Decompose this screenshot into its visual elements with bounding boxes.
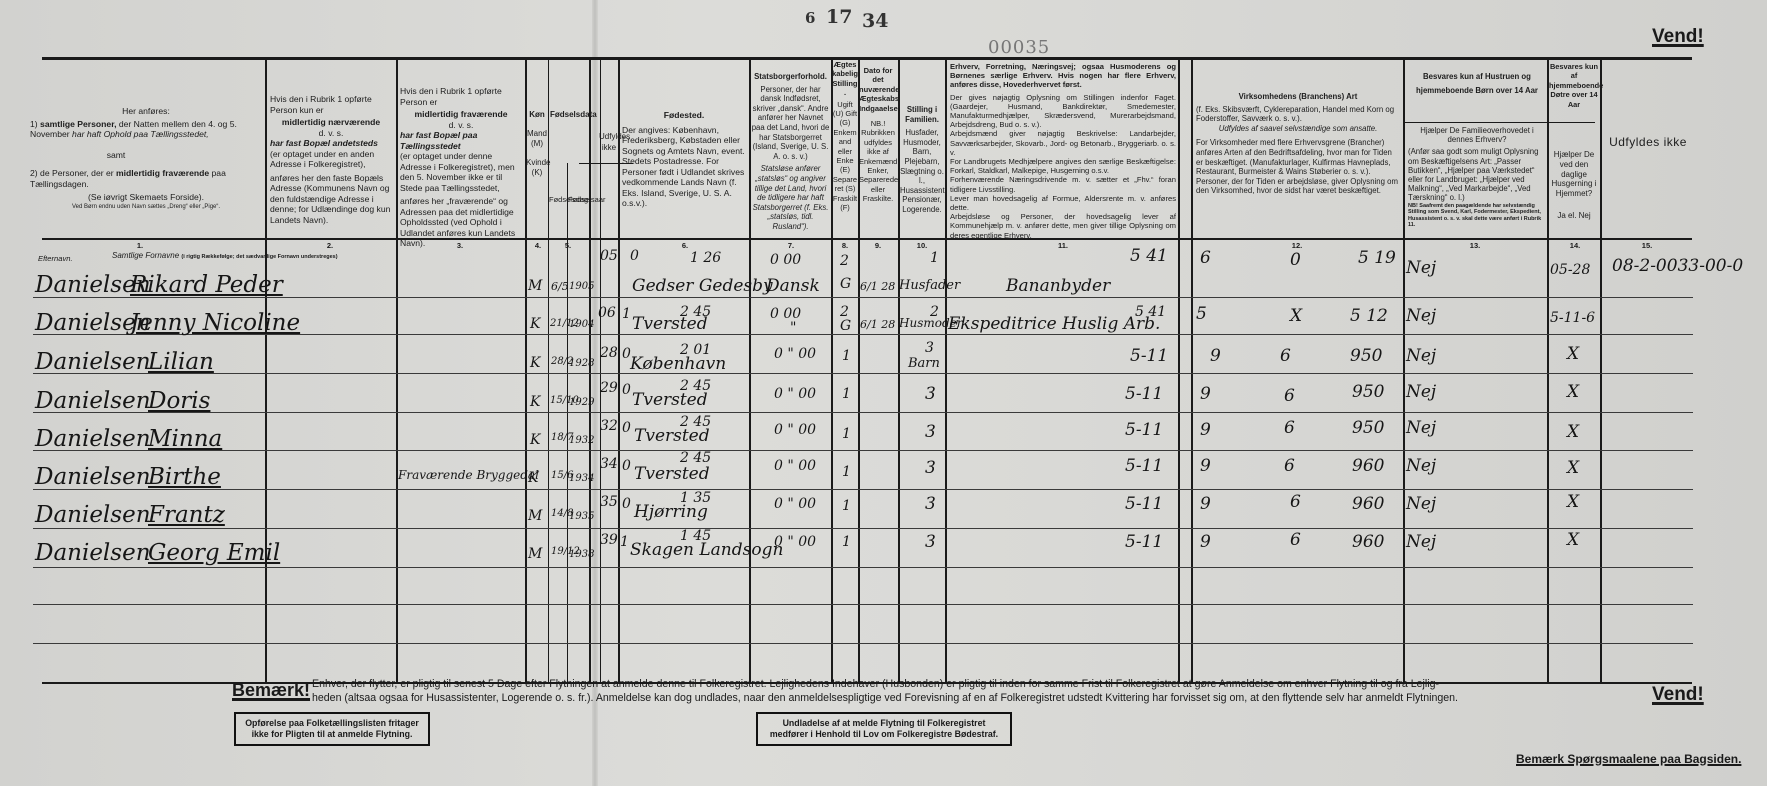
col3-bold: midlertidig fraværende [400, 109, 522, 120]
family-code: 3 [925, 532, 936, 552]
col11-p5: Forhenværende Næringsdrivende m. v. sætt… [950, 175, 1176, 193]
col1-child-note: Ved Børn endnu uden Navn sættes „Dreng“ … [30, 203, 262, 211]
col6-text: Der angives: København, Frederiksberg, K… [622, 125, 746, 209]
sex: M [528, 508, 542, 524]
col12-header: Virksomhedens (Branchens) Art (f. Eks. S… [1196, 92, 1400, 196]
occupation-code: 5-11 [1125, 532, 1163, 552]
col-rule [1403, 58, 1405, 684]
branch-code-b: X [1290, 306, 1302, 326]
vend-top: Vend! [1652, 26, 1704, 48]
col1-samt: samt [30, 150, 262, 161]
family-code: 3 [925, 384, 936, 404]
code-a: 34 [600, 456, 618, 472]
col-number-7: 7. [776, 241, 806, 250]
col1-title: Her anføres: [30, 106, 262, 117]
col11-p2: Der gives nøjagtig Oplysning om Stilling… [950, 93, 1176, 130]
citizenship-code: 0 00 [770, 252, 801, 268]
birth-year: 1934 [569, 473, 594, 484]
col-rule [396, 58, 398, 684]
col-number-14: 14. [1560, 241, 1590, 250]
col3-italic: har fast Bopæl paa Tællingsstedet [400, 130, 522, 151]
footer-note-line2: heden (altsaa ogsaa for Husassistenter, … [312, 691, 1562, 705]
citizenship: Dansk [766, 276, 820, 296]
code-a: 39 [600, 532, 618, 548]
forenames: Lilian [148, 349, 214, 375]
col14-value: X [1567, 344, 1579, 364]
col-number-10: 10. [908, 241, 936, 250]
col-number-13: 13. [1460, 241, 1490, 250]
row-line [33, 643, 1693, 644]
col14-value: 5-11-6 [1550, 310, 1595, 326]
branch-code-a: 9 [1200, 420, 1211, 440]
col2-italic: har fast Bopæl andetsteds [270, 138, 392, 149]
surname: Danielsen [35, 349, 151, 375]
bottom-notice: Bemærk Spørgsmaalene paa Bagsiden. [1516, 752, 1741, 766]
family-code: 3 [925, 340, 934, 356]
col-rule [1191, 58, 1193, 684]
col5-year: Fødselsaar [568, 195, 589, 204]
marital-code: 1 [842, 426, 851, 442]
family-position: Husfader [899, 278, 960, 293]
col9-header: Dato for det nuværende Ægteskabs Indgaae… [859, 66, 897, 204]
col2-header: Hvis den i Rubrik 1 opførte Person kun e… [270, 94, 392, 225]
branch-code-c: 5 12 [1350, 306, 1388, 326]
col-rule [945, 58, 947, 684]
surname: Danielsen [35, 502, 151, 528]
helps-head: Nej [1406, 456, 1436, 476]
branch-code-c: 5 19 [1358, 248, 1396, 268]
birth-year: 1938 [569, 549, 594, 560]
code-a: 06 [598, 305, 616, 321]
col1-item1: 1) samtlige Personer, der Natten mellem … [30, 119, 262, 140]
forenames-title: Samtlige Fornavne [112, 251, 179, 260]
col8-header: Ægteskabelig Stilling. Ugift (U) Gift (G… [832, 60, 858, 213]
col2-line3: anføres her den faste Bopæls Adresse (Ko… [270, 173, 392, 226]
branch-code-a: 9 [1200, 456, 1211, 476]
branch-code-c: 960 [1352, 532, 1384, 552]
birthplace-code: 1 35 [680, 490, 711, 506]
header-top-rule [42, 57, 1692, 60]
col9-title: Dato for det nuværende Ægteskabs Indgaae… [859, 66, 897, 113]
col14-value: X [1567, 492, 1579, 512]
col14-value: X [1567, 382, 1579, 402]
col3-line1: Hvis den i Rubrik 1 opførte Person er [400, 86, 522, 107]
col1-item1-prefix: 1) [30, 119, 38, 129]
sex: K [528, 470, 538, 486]
col11-p7: Arbejdsløse og Personer, der hovedsageli… [950, 212, 1176, 240]
col12-p3: For Virksomheder med flere Erhvervsgrene… [1196, 138, 1400, 176]
birth-year: 1928 [569, 358, 594, 369]
col4-m: Mand (M) [526, 129, 548, 150]
occupation-code: 5-11 [1125, 494, 1163, 514]
row-line [33, 489, 1693, 490]
citizenship-code: 0 " 00 [774, 386, 816, 402]
col1-item2-bold: midlertidig fraværende [116, 168, 209, 178]
col4-k: Kvinde (K) [526, 158, 548, 179]
col14-top: Besvares kun af hjemmeboende Døtre over … [1549, 62, 1599, 109]
col6-title: Fødested. [622, 110, 746, 121]
branch-code-a: 9 [1200, 494, 1211, 514]
code-a: 28 [600, 345, 618, 361]
col14-value: X [1567, 530, 1579, 550]
col4-title: Køn [526, 110, 548, 121]
citizenship-code: 0 " 00 [774, 422, 816, 438]
branch-code-c: 960 [1352, 494, 1384, 514]
col8-options: Ugift (U) Gift (G) Enkemand eller Enke (… [832, 100, 858, 213]
family-position: Barn [908, 356, 940, 371]
branch-code-b: 6 [1280, 346, 1291, 366]
birth-year: 1935 [569, 511, 594, 522]
occupation-code: 5-11 [1125, 420, 1163, 440]
col8-title: Ægteskabelig Stilling. [832, 60, 858, 98]
birth-year: 1932 [569, 435, 594, 446]
col-rule [589, 58, 591, 684]
branch-code-b: 6 [1290, 492, 1301, 512]
occupation-code: 5 41 [1130, 246, 1168, 266]
stamp-number-3: 34 [862, 10, 888, 32]
branch-code-b: 6 [1284, 418, 1295, 438]
helps-head: Nej [1406, 306, 1436, 326]
forenames-note: (i rigtig Rækkefølge; det sædvanlige For… [181, 254, 337, 260]
code-b: 1 [620, 534, 629, 550]
helps-head: Nej [1406, 532, 1436, 552]
col1-item2: 2) de Personer, der er midlertidig fravæ… [30, 168, 262, 189]
occupation-code: 5-11 [1125, 384, 1163, 404]
col14-question: Hjælper De ved den daglige Husgerning i … [1549, 150, 1599, 199]
col7-text: Personer, der har dansk Indfødsret, skri… [751, 85, 830, 162]
stamp-number-2: 17 [826, 6, 852, 28]
col2-bold: midlertidig nærværende [270, 117, 392, 128]
family-code: 3 [925, 494, 936, 514]
occupation-code: 5-11 [1125, 456, 1163, 476]
col9-note: NB.! Rubrikken udfyldes ikke af Enkemænd… [859, 119, 897, 204]
branch-code-b: 0 [1290, 250, 1301, 270]
occupation-code: 5-11 [1130, 346, 1168, 366]
col-number-4: 4. [528, 241, 548, 250]
code-a: 35 [600, 494, 618, 510]
surname: Danielsen [35, 426, 151, 452]
col2-line1: Hvis den i Rubrik 1 opførte Person kun e… [270, 94, 392, 115]
branch-code-c: 950 [1350, 346, 1382, 366]
sex: M [528, 278, 542, 294]
row-line [33, 412, 1693, 413]
census-form-sheet: 6 17 34 00035 Vend! Her anføres: 1) samt… [0, 0, 1767, 786]
birthplace: Gedser Gedesby [632, 276, 773, 296]
col7-text2: Statsløse anfører „statsløs“ og angiver … [751, 164, 830, 231]
sex: M [528, 546, 542, 562]
forenames: Minna [148, 426, 222, 452]
sex: K [530, 432, 540, 448]
col-number-3: 3. [440, 241, 480, 250]
branch-code-a: 6 [1200, 248, 1211, 268]
birth-year: 1904 [569, 319, 594, 330]
helps-head: Nej [1406, 258, 1436, 278]
marital-code: 1 [842, 534, 851, 550]
surname: Danielsen [35, 388, 151, 414]
col12-p4: Personer, der for Tiden er arbejdsløse, … [1196, 177, 1400, 196]
col1-see: (Se iøvrigt Skemaets Forside). [30, 192, 262, 203]
occupation: Ekspeditrice Huslig Arb. [948, 314, 1160, 334]
col3-line2: (er optaget under denne Adresse i Folker… [400, 151, 522, 193]
birthplace: København [630, 354, 726, 374]
header-bottom-rule [42, 238, 1692, 240]
col12-p2: Udfyldes af saavel selvstændige som ansa… [1196, 124, 1400, 134]
col13-top: Besvares kun af Hustruen og hjemmeboende… [1410, 70, 1544, 98]
forenames: Jenny Nicoline [130, 310, 300, 336]
col-rule [265, 58, 267, 684]
col-number-9: 9. [866, 241, 890, 250]
col11-p6: Lever man hovedsagelig af Formue, Alders… [950, 194, 1176, 212]
col10-text: Husfader, Husmoder, Barn, Plejebarn, Slæ… [900, 128, 944, 214]
col1-item1-bold: samtlige Personer, [40, 119, 116, 129]
col12-title: Virksomhedens (Branchens) Art [1196, 92, 1400, 102]
col3-dvs: d. v. s. [400, 120, 522, 131]
row-line [33, 567, 1693, 568]
serial-number: 00035 [988, 37, 1050, 58]
col10-title: Stilling i Familien. [900, 105, 944, 124]
code-b: 1 [622, 306, 631, 322]
helps-head: Nej [1406, 346, 1436, 366]
footer-note: Enhver, der flytter, er pligtig til sene… [312, 677, 1562, 705]
marital-code: 1 [842, 348, 851, 364]
helps-head: Nej [1406, 418, 1436, 438]
col11-p1: Erhverv, Forretning, Næringsvej; ogsaa H… [950, 62, 1176, 90]
col13-14-divider [1405, 122, 1595, 123]
col5-day: Fødselsdag [549, 195, 567, 204]
col3-header: Hvis den i Rubrik 1 opførte Person er mi… [400, 86, 522, 249]
col-number-12: 12. [1282, 241, 1312, 250]
col7-title: Statsborgerforhold. [751, 72, 830, 82]
col2-dvs: d. v. s. [270, 128, 392, 139]
col12-p1: (f. Eks. Skibsværft, Cyklereparation, Ha… [1196, 105, 1400, 124]
sex: K [530, 394, 540, 410]
code-b: 0 [630, 248, 639, 264]
birthplace-code: 2 45 [680, 450, 711, 466]
code-a: 32 [600, 418, 618, 434]
family-code: 3 [925, 422, 936, 442]
occupation: Bananbyder [1006, 276, 1110, 296]
birth-year: 1905 [569, 281, 594, 292]
surname: Danielsen [35, 540, 151, 566]
branch-code-c: 960 [1352, 456, 1384, 476]
surname-label: Efternavn. [38, 254, 73, 263]
sex: K [530, 316, 540, 332]
col-number-5: 5. [558, 241, 578, 250]
birthplace-code: 2 45 [680, 304, 711, 320]
marriage-date: 6/1 28 [860, 318, 895, 331]
col-rule [1178, 58, 1180, 684]
row-line [33, 373, 1693, 374]
col14-answer: Ja el. Nej [1549, 211, 1599, 221]
col6-header: Fødested. Der angives: København, Freder… [622, 110, 746, 209]
col-number-2: 2. [310, 241, 350, 250]
col7-header: Statsborgerforhold. Personer, der har da… [751, 72, 830, 232]
marital-status: G [840, 276, 851, 292]
col1-item2-prefix: 2) [30, 168, 38, 178]
branch-code-a: 9 [1210, 346, 1221, 366]
col-number-6: 6. [670, 241, 700, 250]
row-line [33, 450, 1693, 451]
citizenship-code: 0 " 00 [774, 496, 816, 512]
marital-code: 1 [842, 464, 851, 480]
col11-p4: For Landbrugets Medhjælpere angives den … [950, 157, 1176, 175]
forenames-label: Samtlige Fornavne (i rigtig Rækkefølge; … [112, 251, 338, 262]
branch-code-c: 950 [1352, 382, 1384, 402]
col13-nb: NB! Saafremt den paagældende har selvstæ… [1408, 203, 1546, 229]
code-b: 0 [622, 496, 631, 512]
birthplace-code: 1 26 [690, 250, 721, 266]
col1-header: Her anføres: 1) samtlige Personer, der N… [30, 106, 262, 211]
helps-head: Nej [1406, 494, 1436, 514]
absent-address: Fraværende Bryggedal [398, 468, 539, 482]
citizenship-code: 0 00 [770, 306, 801, 322]
col15-value: 08-2-0033-00-0 [1612, 256, 1743, 276]
forenames: Frantz [148, 502, 225, 528]
col-rule [1600, 58, 1602, 684]
family-code: 1 [930, 250, 939, 266]
birthplace-code: 2 45 [680, 378, 711, 394]
udfyldes-ikke-label: Udfyldes ikke [599, 132, 619, 153]
surname: Danielsen [35, 464, 151, 490]
branch-code-b: 6 [1284, 386, 1295, 406]
marital-code: 2 [840, 253, 849, 269]
birthplace-code: 1 45 [680, 528, 711, 544]
row-line [33, 528, 1693, 529]
branch-code-b: 6 [1290, 530, 1301, 550]
col13-text: (Anfør saa godt som muligt Oplysning om … [1408, 147, 1546, 202]
branch-code-b: 6 [1284, 456, 1295, 476]
forenames: Georg Emil [148, 540, 280, 566]
col13-question: Hjælper De Familieoverhovedet i dennes E… [1408, 126, 1546, 144]
col4-header: Køn Mand (M) Kvinde (K) [526, 110, 548, 179]
forenames: Rikard Peder [130, 272, 283, 298]
col10-header: Stilling i Familien. Husfader, Husmoder,… [900, 105, 944, 215]
branch-code-a: 9 [1200, 532, 1211, 552]
col14-value: X [1567, 422, 1579, 442]
col14-body: Hjælper De ved den daglige Husgerning i … [1549, 150, 1599, 221]
code-b: 0 [622, 458, 631, 474]
helps-head: Nej [1406, 382, 1436, 402]
birthplace-code: 2 01 [680, 342, 711, 358]
marital-code: 1 [842, 386, 851, 402]
col11-header: Erhverv, Forretning, Næringsvej; ogsaa H… [950, 62, 1176, 240]
col13-body: Hjælper De Familieoverhovedet i dennes E… [1408, 126, 1546, 229]
marital-code: 1 [842, 498, 851, 514]
bemaerk-label: Bemærk! [232, 680, 310, 701]
citizenship-code: 0 " 00 [774, 534, 816, 550]
col-number-1: 1. [120, 241, 160, 250]
birthplace-code: 2 45 [680, 414, 711, 430]
code-b: 0 [622, 420, 631, 436]
col5-title: Fødselsdata [550, 110, 588, 121]
col14-value: X [1567, 458, 1579, 478]
family-code: 3 [925, 458, 936, 478]
marriage-date: 6/1 28 [860, 280, 895, 293]
birth-day: 6/5 [551, 280, 569, 293]
col-number-15: 15. [1632, 241, 1662, 250]
col14-value: 05-28 [1550, 262, 1590, 278]
notice-box-2: Undladelse af at melde Flytning til Folk… [756, 712, 1012, 746]
notice-box-1: Opførelse paa Folketællingslisten fritag… [234, 712, 430, 746]
col11-p3: Arbejdsmænd giver nøjagtig Beskrivelse: … [950, 129, 1176, 157]
col2-line2: (er optaget under en anden Adresse i Fol… [270, 149, 392, 170]
col-rule [548, 58, 549, 684]
stamp-number-1: 6 [805, 9, 815, 27]
col-number-8: 8. [834, 241, 856, 250]
row-line [33, 604, 1693, 605]
occupation-code: 5 41 [1135, 304, 1166, 320]
code-a: 05 [600, 248, 618, 264]
footer-note-line1: Enhver, der flytter, er pligtig til sene… [312, 677, 1562, 691]
sex: K [530, 355, 540, 371]
code-b: 0 [622, 382, 631, 398]
forenames: Birthe [148, 464, 221, 490]
birthplace: Tversted [634, 464, 710, 484]
marital-status: G [840, 318, 851, 334]
code-a: 29 [600, 380, 618, 396]
citizenship: " [790, 320, 796, 336]
col1-item2-text: de Personer, der er [40, 168, 114, 178]
citizenship-code: 0 " 00 [774, 346, 816, 362]
branch-code-a: 5 [1196, 304, 1207, 324]
citizenship-code: 0 " 00 [774, 458, 816, 474]
forenames: Doris [148, 388, 210, 414]
col-number-11: 11. [1048, 241, 1078, 250]
col15-text: Udfyldes ikke [1602, 137, 1694, 148]
branch-code-a: 9 [1200, 384, 1211, 404]
birth-year: 1929 [569, 397, 594, 408]
branch-code-c: 950 [1352, 418, 1384, 438]
vend-bottom: Vend! [1652, 684, 1704, 706]
col1-item1-italic: har haft Ophold paa Tællingsstedet, [72, 129, 209, 139]
